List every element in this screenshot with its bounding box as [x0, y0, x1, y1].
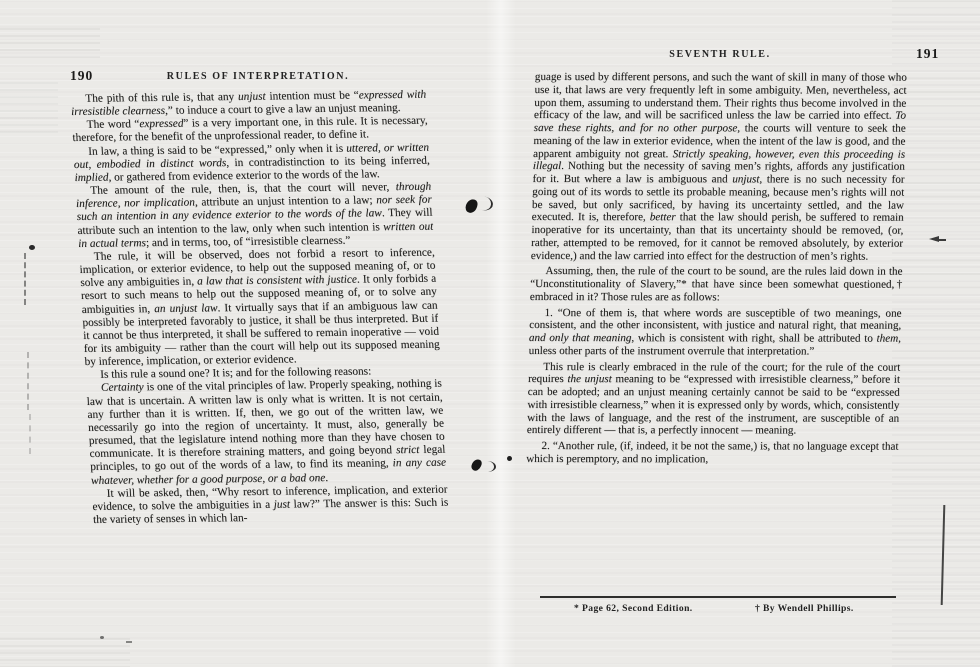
paragraph: Certainty is one of the vital principles… [86, 378, 447, 488]
paragraph: The rule, it will be observed, does not … [79, 247, 441, 370]
page-number-left: 190 [70, 68, 93, 84]
footnote-left: * Page 62, Second Edition. [574, 603, 693, 614]
bottom-margin-speck-2 [126, 641, 132, 643]
scratch-line [941, 505, 946, 605]
scan-noise-left [0, 82, 58, 137]
footnote-rule [540, 596, 896, 598]
right-page-text: guage is used by different persons, and … [526, 71, 907, 466]
scan-noise-top-left [0, 28, 100, 58]
paragraph: This rule is clearly embraced in the rul… [527, 360, 901, 437]
margin-dashed-line-3 [29, 414, 31, 454]
paragraph: Assuming, then, the rule of the court to… [530, 265, 903, 304]
paragraph: In law, a thing is said to be “expressed… [73, 141, 431, 185]
scan-noise-bottom-left [0, 638, 130, 667]
margin-arrow-tail [939, 239, 946, 241]
paragraph: 1. “One of them is, that where words are… [528, 306, 901, 358]
margin-arrow-icon [929, 236, 939, 242]
ink-blot-upper [464, 198, 479, 215]
left-page-text: The pith of this rule is, that any unjus… [70, 89, 449, 527]
running-head-right: SEVENTH RULE. [625, 49, 815, 60]
paragraph: The amount of the rule, then, is, that t… [75, 181, 434, 251]
paper-background: 190 RULES OF INTERPRETATION. The pith of… [0, 0, 980, 667]
ink-blot-lower [470, 458, 483, 473]
ink-dot-lower [507, 456, 512, 461]
margin-asterisk-mark [29, 245, 35, 250]
paragraph: 2. “Another rule, (if, indeed, it be not… [526, 440, 899, 466]
ink-curve-upper [481, 196, 494, 211]
page-gutter-highlight [486, 0, 516, 667]
footnote-right: † By Wendell Phillips. [755, 603, 854, 614]
paragraph: guage is used by different persons, and … [531, 71, 907, 263]
page-number-right: 191 [916, 46, 939, 62]
running-head-left: RULES OF INTERPRETATION. [98, 71, 418, 82]
paragraph: It will be asked, then, “Why resort to i… [91, 483, 449, 527]
ink-curve-lower [486, 461, 496, 472]
bottom-margin-speck-1 [100, 636, 104, 639]
margin-dashed-line-2 [27, 352, 29, 410]
margin-dashed-line-1 [24, 253, 26, 305]
